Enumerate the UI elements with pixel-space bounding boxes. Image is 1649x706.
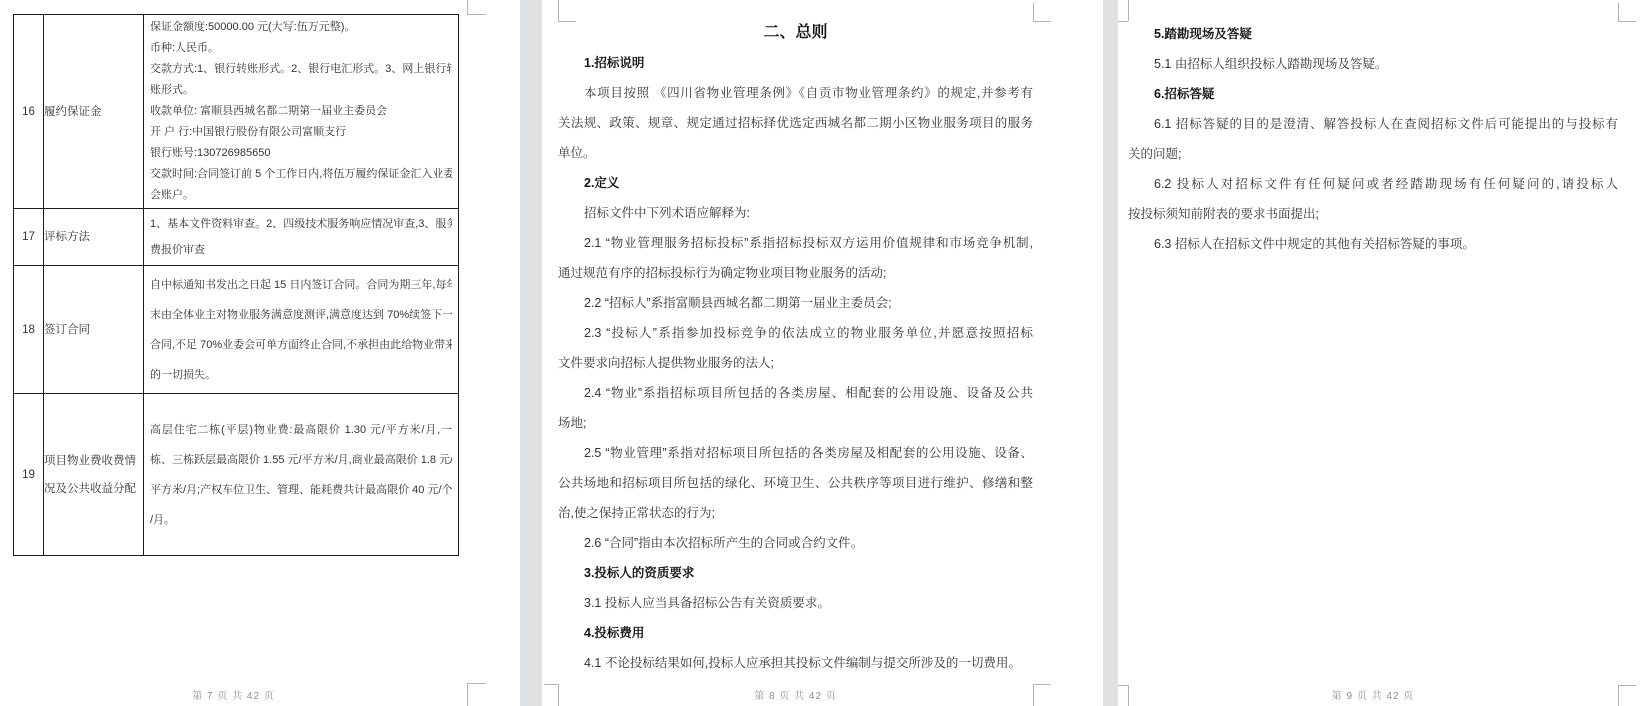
margin-mark xyxy=(558,0,559,21)
page-7[interactable]: 16履约保证金保证金额度:50000.00 元(大写:伍万元整)。币种:人民币。… xyxy=(0,0,520,706)
doc-text-line[interactable]: 本项目按照 《四川省物业管理条例》《自贡市物业管理条约》的规定,并参考有 xyxy=(558,78,1033,108)
margin-mark xyxy=(1033,21,1051,22)
table-row-18: 18签订合同自中标通知书发出之日起 15 日内签订合同。合同为期三年,每年末由全… xyxy=(14,266,459,394)
doc-text-line[interactable]: 1.招标说明 xyxy=(558,48,1033,78)
table-cell-line[interactable]: 栋、三栋跃层最高限价 1.55 元/平方米/月,商业最高限价 1.8 元/ xyxy=(150,445,452,475)
margin-mark xyxy=(544,684,558,685)
doc-text-line[interactable]: 6.3 招标人在招标文件中规定的其他有关招标答疑的事项。 xyxy=(1128,229,1618,259)
table-cell-line[interactable]: 平方米/月;产权车位卫生、管理、能耗费共计最高限价 40 元/个 xyxy=(150,475,452,505)
table-cell-line[interactable]: 的一切损失。 xyxy=(150,360,452,390)
row-label-cell[interactable]: 项目物业费收费情况及公共收益分配 xyxy=(44,394,144,556)
doc-text-line[interactable]: 2.4 “物业”系指招标项目所包括的各类房屋、相配套的公用设施、设备及公共 xyxy=(558,378,1033,408)
table-cell-line[interactable]: 开 户 行:中国银行股份有限公司富顺支行 xyxy=(150,122,452,143)
document-canvas: 16履约保证金保证金额度:50000.00 元(大写:伍万元整)。币种:人民币。… xyxy=(0,0,1649,706)
page-footer: 第 8 页 共 42 页 xyxy=(558,687,1033,702)
doc-text-line[interactable]: 治,使之保持正常状态的行为; xyxy=(558,498,1033,528)
table-cell-line[interactable]: 末由全体业主对物业服务满意度测评,满意度达到 70%续签下一年 xyxy=(150,300,452,330)
tender-details-table[interactable]: 16履约保证金保证金额度:50000.00 元(大写:伍万元整)。币种:人民币。… xyxy=(13,14,459,556)
table-cell-line[interactable]: /月。 xyxy=(150,505,452,535)
margin-mark xyxy=(467,683,468,706)
doc-text-line[interactable]: 5.踏勘现场及答疑 xyxy=(1128,19,1618,49)
doc-text-line[interactable]: 2.1 “物业管理服务招标投标”系指招标投标双方运用价值规律和市场竞争机制, xyxy=(558,228,1033,258)
doc-text-line[interactable]: 2.2 “招标人”系指富顺县西城名都二期第一届业主委员会; xyxy=(558,288,1033,318)
table-row-19: 19项目物业费收费情况及公共收益分配高层住宅二栋(平层)物业费:最高限价 1.3… xyxy=(14,394,459,556)
row-content-cell[interactable]: 自中标通知书发出之日起 15 日内签订合同。合同为期三年,每年末由全体业主对物业… xyxy=(144,266,459,394)
doc-text-line[interactable]: 场地; xyxy=(558,408,1033,438)
doc-text-line[interactable]: 6.1 招标答疑的目的是澄清、解答投标人在查阅招标文件后可能提出的与投标有 xyxy=(1128,109,1618,139)
doc-text-line[interactable]: 按投标须知前附表的要求书面提出; xyxy=(1128,199,1618,229)
row-number-cell[interactable]: 19 xyxy=(14,394,44,556)
table-cell-line[interactable]: 收款单位: 富顺县西城名都二期第一届业主委员会 xyxy=(150,101,452,122)
doc-text-line[interactable]: 4.1 不论投标结果如何,投标人应承担其投标文件编制与提交所涉及的一切费用。 xyxy=(558,648,1033,678)
row-label-cell[interactable]: 评标方法 xyxy=(44,209,144,266)
table-row-16: 16履约保证金保证金额度:50000.00 元(大写:伍万元整)。币种:人民币。… xyxy=(14,15,459,209)
row-content-lines: 高层住宅二栋(平层)物业费:最高限价 1.30 元/平方米/月,一栋、三栋跃层最… xyxy=(144,396,458,554)
row-content-lines: 1、基本文件资料审查。2、四级技术服务响应情况审查,3、服务费报价审查 xyxy=(144,211,458,264)
table-cell-line[interactable]: 高层住宅二栋(平层)物业费:最高限价 1.30 元/平方米/月,一 xyxy=(150,415,452,445)
table-cell-line[interactable]: 币种:人民币。 xyxy=(150,38,452,59)
margin-mark xyxy=(558,21,576,22)
row-label-cell[interactable]: 签订合同 xyxy=(44,266,144,394)
doc-text-line[interactable]: 文件要求向招标人提供物业服务的法人; xyxy=(558,348,1033,378)
row-number-cell[interactable]: 16 xyxy=(14,15,44,209)
table-cell-line[interactable]: 交款时间:合同签订前 5 个工作日内,将伍万履约保证金汇入业委 xyxy=(150,164,452,185)
doc-text-line[interactable]: 4.投标费用 xyxy=(558,618,1033,648)
margin-mark xyxy=(1033,684,1034,706)
table-cell-line[interactable]: 会账户。 xyxy=(150,185,452,206)
row-label-cell[interactable]: 履约保证金 xyxy=(44,15,144,209)
doc-text-line[interactable]: 2.3 “投标人”系指参加投标竞争的依法成立的物业服务单位,并愿意按照招标 xyxy=(558,318,1033,348)
margin-mark xyxy=(1118,21,1128,22)
margin-mark xyxy=(1033,684,1051,685)
table-cell-line[interactable]: 账形式。 xyxy=(150,80,452,101)
doc-text-line[interactable]: 单位。 xyxy=(558,138,1033,168)
margin-mark xyxy=(467,0,468,14)
row-content-cell[interactable]: 高层住宅二栋(平层)物业费:最高限价 1.30 元/平方米/月,一栋、三栋跃层最… xyxy=(144,394,459,556)
row-number-cell[interactable]: 17 xyxy=(14,209,44,266)
doc-text-line[interactable]: 2.定义 xyxy=(558,168,1033,198)
margin-mark xyxy=(1128,0,1129,21)
doc-text-line[interactable]: 公共场地和招标项目所包括的绿化、环境卫生、公共秩序等项目进行维护、修缮和整 xyxy=(558,468,1033,498)
table-cell-line[interactable]: 1、基本文件资料审查。2、四级技术服务响应情况审查,3、服务 xyxy=(150,211,452,237)
doc-text-line[interactable]: 2.6 “合同”指由本次招标所产生的合同或合约文件。 xyxy=(558,528,1033,558)
page-footer: 第 9 页 共 42 页 xyxy=(1128,687,1618,702)
page-8-text: 二、总则1.招标说明本项目按照 《四川省物业管理条例》《自贡市物业管理条约》的规… xyxy=(558,18,1033,678)
margin-mark xyxy=(1033,3,1034,21)
doc-text-line[interactable]: 通过规范有序的招标投标行为确定物业项目物业服务的活动; xyxy=(558,258,1033,288)
page-9[interactable]: 5.踏勘现场及答疑5.1 由招标人组织投标人踏勘现场及答疑。6.招标答疑6.1 … xyxy=(1118,0,1649,706)
margin-mark xyxy=(467,683,486,684)
margin-mark xyxy=(467,14,486,15)
page-8[interactable]: 二、总则1.招标说明本项目按照 《四川省物业管理条例》《自贡市物业管理条约》的规… xyxy=(542,0,1103,706)
margin-mark xyxy=(1618,685,1619,706)
doc-text-line[interactable]: 关法规、政策、规章、规定通过招标择优选定西城名都二期小区物业服务项目的服务 xyxy=(558,108,1033,138)
table-cell-line[interactable]: 银行账号:130726985650 xyxy=(150,143,452,164)
doc-text-line[interactable]: 二、总则 xyxy=(558,18,1033,48)
doc-text-line[interactable]: 5.1 由招标人组织投标人踏勘现场及答疑。 xyxy=(1128,49,1618,79)
doc-text-line[interactable]: 6.2 投标人对招标文件有任何疑问或者经踏勘现场有任何疑问的,请投标人 xyxy=(1128,169,1618,199)
margin-mark xyxy=(1118,685,1128,686)
table-cell-line[interactable]: 交款方式:1、银行转账形式。2、银行电汇形式。3、网上银行转 xyxy=(150,59,452,80)
row-content-lines: 自中标通知书发出之日起 15 日内签订合同。合同为期三年,每年末由全体业主对物业… xyxy=(144,268,458,392)
table-cell-line[interactable]: 保证金额度:50000.00 元(大写:伍万元整)。 xyxy=(150,17,452,38)
doc-text-line[interactable]: 3.1 投标人应当具备招标公告有关资质要求。 xyxy=(558,588,1033,618)
margin-mark xyxy=(1618,21,1636,22)
table-cell-line[interactable]: 合同,不足 70%业委会可单方面终止合同,不承担由此给物业带来 xyxy=(150,330,452,360)
doc-text-line[interactable]: 2.5 “物业管理”系指对招标项目所包括的各类房屋及相配套的公用设施、设备、 xyxy=(558,438,1033,468)
row-content-cell[interactable]: 保证金额度:50000.00 元(大写:伍万元整)。币种:人民币。交款方式:1、… xyxy=(144,15,459,209)
page-footer: 第 7 页 共 42 页 xyxy=(0,687,467,702)
doc-text-line[interactable]: 关的问题; xyxy=(1128,139,1618,169)
page-9-text: 5.踏勘现场及答疑5.1 由招标人组织投标人踏勘现场及答疑。6.招标答疑6.1 … xyxy=(1128,19,1618,259)
row-number-cell[interactable]: 18 xyxy=(14,266,44,394)
row-content-cell[interactable]: 1、基本文件资料审查。2、四级技术服务响应情况审查,3、服务费报价审查 xyxy=(144,209,459,266)
doc-text-line[interactable]: 6.招标答疑 xyxy=(1128,79,1618,109)
table-cell-line[interactable]: 费报价审查 xyxy=(150,237,452,263)
doc-text-line[interactable]: 招标文件中下列术语应解释为: xyxy=(558,198,1033,228)
row-content-lines: 保证金额度:50000.00 元(大写:伍万元整)。币种:人民币。交款方式:1、… xyxy=(144,17,458,207)
table-row-17: 17评标方法1、基本文件资料审查。2、四级技术服务响应情况审查,3、服务费报价审… xyxy=(14,209,459,266)
margin-mark xyxy=(1618,3,1619,21)
margin-mark xyxy=(1618,685,1636,686)
table-cell-line[interactable]: 自中标通知书发出之日起 15 日内签订合同。合同为期三年,每年 xyxy=(150,270,452,300)
doc-text-line[interactable]: 3.投标人的资质要求 xyxy=(558,558,1033,588)
